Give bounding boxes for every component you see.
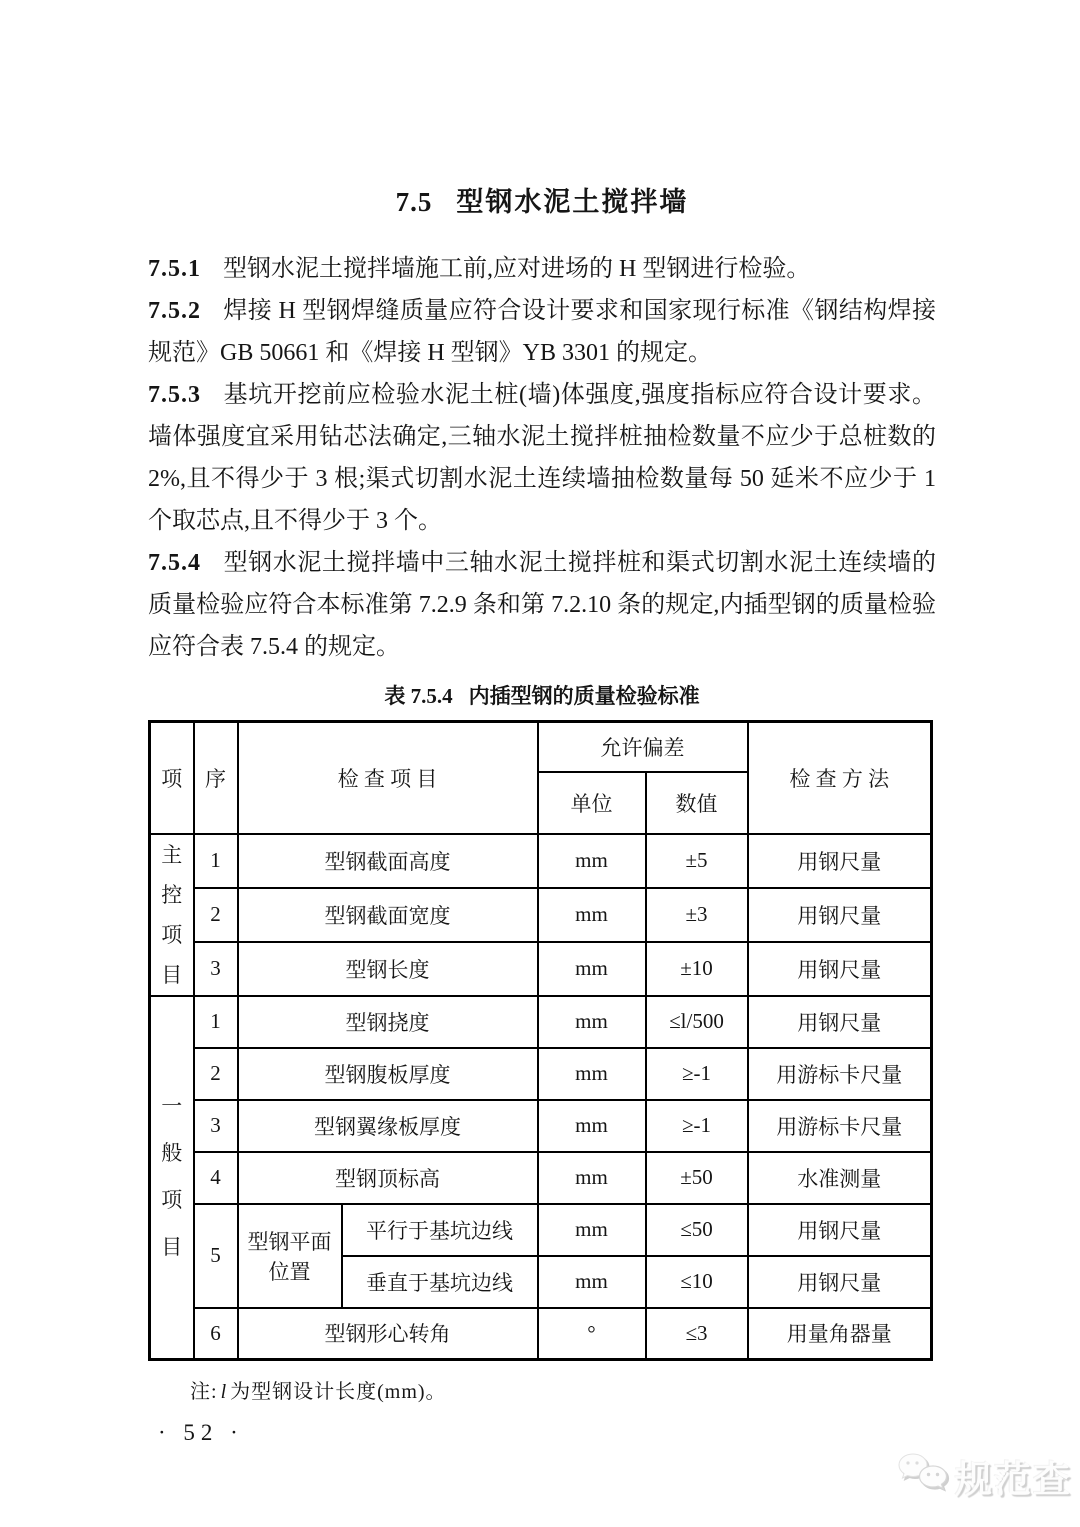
cell-item: 型钢挠度 — [238, 996, 538, 1048]
note-variable: l — [221, 1381, 228, 1403]
paragraph-7-5-4: 7.5.4型钢水泥土搅拌墙中三轴水泥土搅拌桩和渠式切割水泥土连续墙的质量检验应符… — [148, 542, 936, 668]
table-row: 4 型钢顶标高 mm ±50 水准测量 — [150, 1152, 932, 1204]
table-row: 5 型钢平面位置 平行于基坑边线 mm ≤50 用钢尺量 — [150, 1204, 932, 1256]
watermark: 规范查 — [897, 1449, 1072, 1503]
cell-unit: mm — [538, 888, 646, 942]
cell-item: 型钢长度 — [238, 942, 538, 996]
clause-text: 型钢水泥土搅拌墙中三轴水泥土搅拌桩和渠式切割水泥土连续墙的质量检验应符合本标准第… — [148, 550, 936, 660]
watermark-label: 规范查 — [955, 1449, 1072, 1503]
group-label-main: 主控项目 — [150, 834, 194, 996]
clause-number: 7.5.1 — [148, 256, 201, 282]
cell-unit: ° — [538, 1308, 646, 1360]
section-title: 7.5型钢水泥土搅拌墙 — [148, 186, 936, 218]
cell-unit: mm — [538, 1100, 646, 1152]
table-caption-text: 内插型钢的质量检验标准 — [469, 684, 700, 708]
cell-value: ±50 — [646, 1152, 748, 1204]
cell-method: 用钢尺量 — [748, 834, 932, 888]
table-row: 2 型钢截面宽度 mm ±3 用钢尺量 — [150, 888, 932, 942]
cell-subitem: 垂直于基坑边线 — [342, 1256, 538, 1308]
header-value: 数值 — [646, 772, 748, 834]
cell-value: ±10 — [646, 942, 748, 996]
table-note: 注:l为型钢设计长度(mm)。 — [190, 1375, 936, 1404]
cell-method: 用游标卡尺量 — [748, 1048, 932, 1100]
cell-seq: 2 — [194, 888, 238, 942]
cell-method: 用钢尺量 — [748, 1256, 932, 1308]
cell-item-group: 型钢平面位置 — [238, 1204, 342, 1308]
cell-value: ≤10 — [646, 1256, 748, 1308]
cell-unit: mm — [538, 1048, 646, 1100]
clause-text: 焊接 H 型钢焊缝质量应符合设计要求和国家现行标准《钢结构焊接规范》GB 506… — [148, 298, 936, 366]
cell-item: 型钢截面宽度 — [238, 888, 538, 942]
paragraph-7-5-2: 7.5.2焊接 H 型钢焊缝质量应符合设计要求和国家现行标准《钢结构焊接规范》G… — [148, 290, 936, 374]
header-unit: 单位 — [538, 772, 646, 834]
group-label-general: 一般项目 — [150, 996, 194, 1360]
clause-number: 7.5.2 — [148, 298, 201, 324]
cell-subitem: 平行于基坑边线 — [342, 1204, 538, 1256]
header-check-method: 检 查 方 法 — [748, 722, 932, 834]
cell-value: ≤3 — [646, 1308, 748, 1360]
page-content: 7.5型钢水泥土搅拌墙 7.5.1型钢水泥土搅拌墙施工前,应对进场的 H 型钢进… — [148, 186, 936, 1446]
cell-method: 用量角器量 — [748, 1308, 932, 1360]
header-allowed-deviation: 允许偏差 — [538, 722, 748, 772]
cell-value: ≤50 — [646, 1204, 748, 1256]
cell-value: ≥-1 — [646, 1100, 748, 1152]
cell-seq: 3 — [194, 1100, 238, 1152]
cell-method: 用游标卡尺量 — [748, 1100, 932, 1152]
cell-method: 用钢尺量 — [748, 996, 932, 1048]
header-item: 项 — [150, 722, 194, 834]
cell-value: ±5 — [646, 834, 748, 888]
cell-seq: 1 — [194, 996, 238, 1048]
cell-seq: 4 — [194, 1152, 238, 1204]
section-number: 7.5 — [396, 187, 433, 217]
table-row: 6 型钢形心转角 ° ≤3 用量角器量 — [150, 1308, 932, 1360]
clause-number: 7.5.4 — [148, 550, 201, 576]
clause-text: 型钢水泥土搅拌墙施工前,应对进场的 H 型钢进行检验。 — [223, 256, 810, 282]
wechat-icon — [897, 1452, 949, 1501]
cell-method: 水准测量 — [748, 1152, 932, 1204]
page-number: · 52 · — [158, 1420, 936, 1446]
table-row: 2 型钢腹板厚度 mm ≥-1 用游标卡尺量 — [150, 1048, 932, 1100]
table-row: 主控项目 1 型钢截面高度 mm ±5 用钢尺量 — [150, 834, 932, 888]
cell-method: 用钢尺量 — [748, 942, 932, 996]
note-prefix: 注: — [190, 1381, 218, 1403]
cell-item: 型钢顶标高 — [238, 1152, 538, 1204]
table-caption: 表 7.5.4内插型钢的质量检验标准 — [148, 680, 936, 710]
cell-value: ±3 — [646, 888, 748, 942]
table-row: 3 型钢长度 mm ±10 用钢尺量 — [150, 942, 932, 996]
section-title-text: 型钢水泥土搅拌墙 — [456, 187, 688, 217]
cell-value: ≥-1 — [646, 1048, 748, 1100]
cell-item: 型钢截面高度 — [238, 834, 538, 888]
cell-seq: 2 — [194, 1048, 238, 1100]
note-rest: 为型钢设计长度(mm)。 — [230, 1381, 446, 1403]
table-caption-number: 表 7.5.4 — [384, 684, 452, 708]
cell-unit: mm — [538, 834, 646, 888]
cell-item: 型钢翼缘板厚度 — [238, 1100, 538, 1152]
cell-unit: mm — [538, 1256, 646, 1308]
cell-unit: mm — [538, 996, 646, 1048]
table-header-row-1: 项 序 检 查 项 目 允许偏差 检 查 方 法 — [150, 722, 932, 772]
cell-item: 型钢形心转角 — [238, 1308, 538, 1360]
cell-seq: 5 — [194, 1204, 238, 1308]
paragraph-7-5-1: 7.5.1型钢水泥土搅拌墙施工前,应对进场的 H 型钢进行检验。 — [148, 248, 936, 290]
header-check-item: 检 查 项 目 — [238, 722, 538, 834]
cell-method: 用钢尺量 — [748, 888, 932, 942]
inspection-standard-table: 项 序 检 查 项 目 允许偏差 检 查 方 法 单位 数值 主控项目 1 型钢… — [148, 720, 933, 1361]
cell-seq: 6 — [194, 1308, 238, 1360]
cell-unit: mm — [538, 942, 646, 996]
cell-seq: 3 — [194, 942, 238, 996]
cell-value: ≤l/500 — [646, 996, 748, 1048]
header-seq: 序 — [194, 722, 238, 834]
clause-number: 7.5.3 — [148, 382, 201, 408]
document-page: 7.5型钢水泥土搅拌墙 7.5.1型钢水泥土搅拌墙施工前,应对进场的 H 型钢进… — [0, 0, 1080, 1527]
cell-unit: mm — [538, 1204, 646, 1256]
cell-seq: 1 — [194, 834, 238, 888]
cell-item: 型钢腹板厚度 — [238, 1048, 538, 1100]
clause-text: 基坑开挖前应检验水泥土桩(墙)体强度,强度指标应符合设计要求。墙体强度宜采用钻芯… — [148, 382, 936, 534]
table-row: 一般项目 1 型钢挠度 mm ≤l/500 用钢尺量 — [150, 996, 932, 1048]
paragraph-7-5-3: 7.5.3基坑开挖前应检验水泥土桩(墙)体强度,强度指标应符合设计要求。墙体强度… — [148, 374, 936, 542]
cell-unit: mm — [538, 1152, 646, 1204]
cell-method: 用钢尺量 — [748, 1204, 932, 1256]
table-row: 3 型钢翼缘板厚度 mm ≥-1 用游标卡尺量 — [150, 1100, 932, 1152]
